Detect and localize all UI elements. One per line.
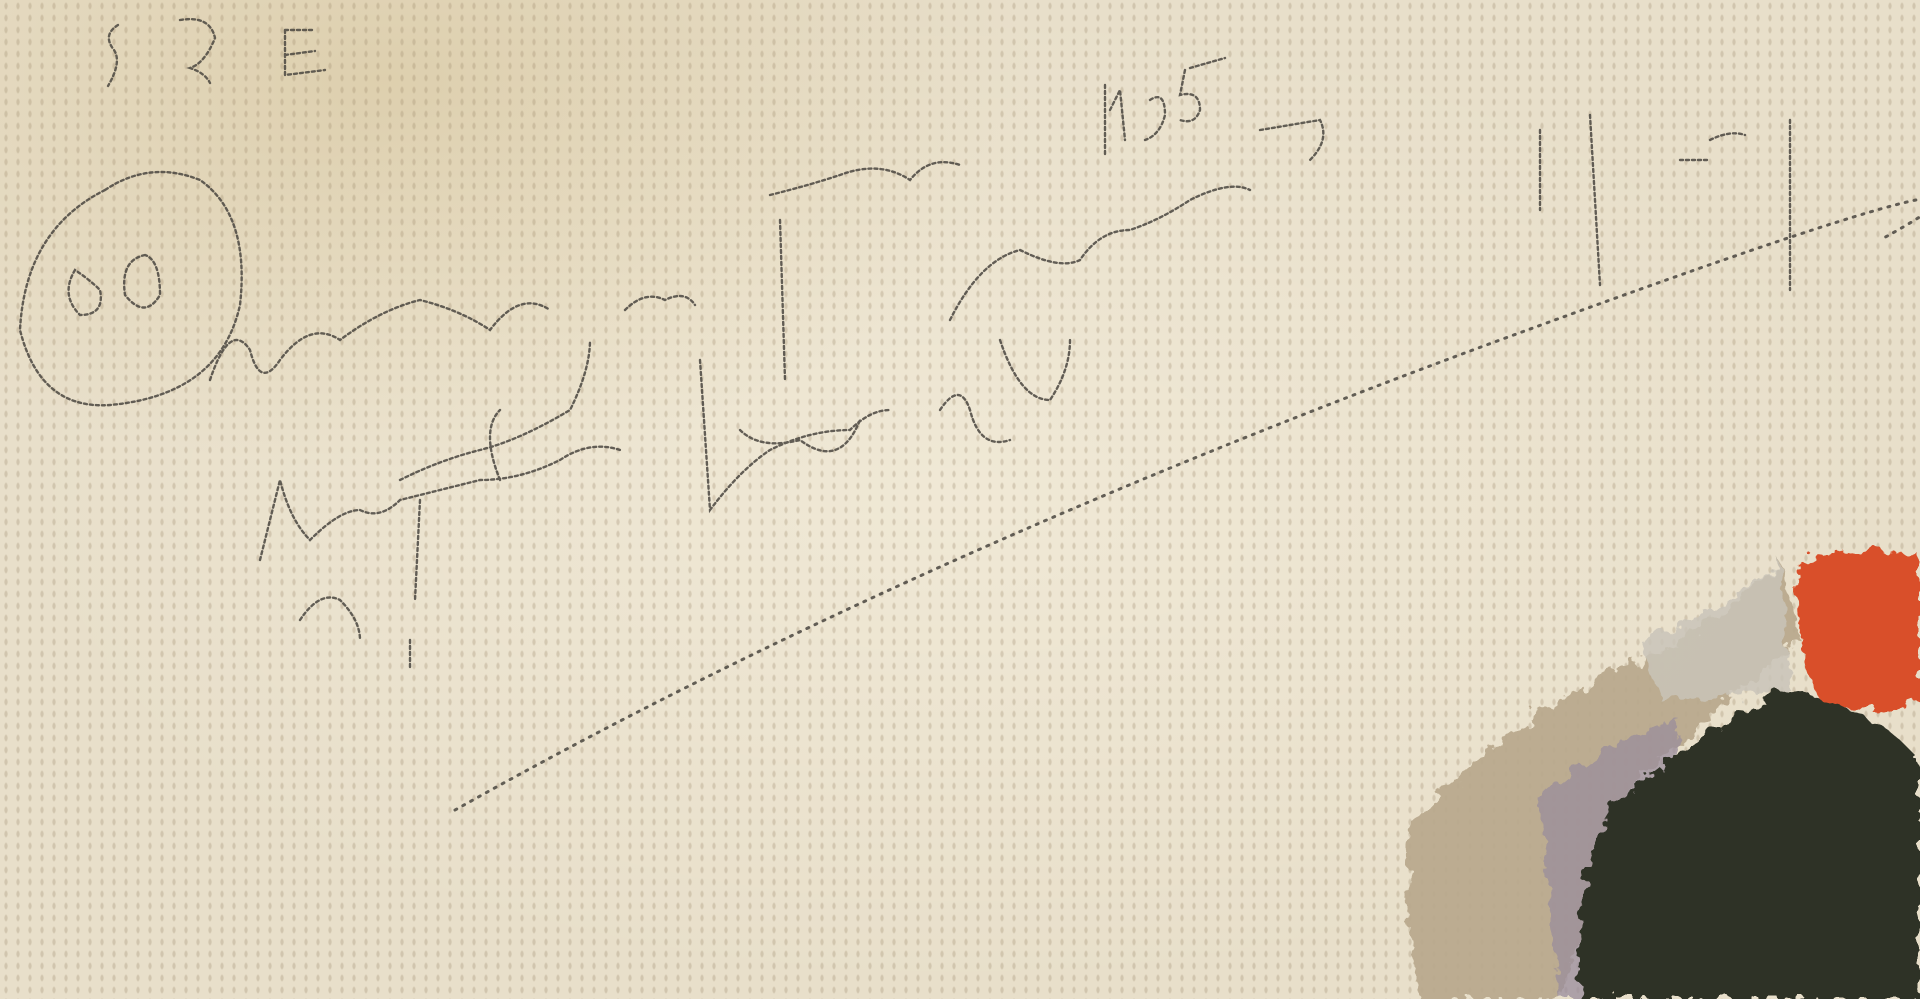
grey-highlight — [1640, 560, 1790, 700]
orange-patch — [1798, 551, 1920, 710]
canvas-photo: 1925 60 2 9 E Atelier ... Paris ... Sain… — [0, 0, 1920, 999]
painted-area — [0, 0, 1920, 999]
